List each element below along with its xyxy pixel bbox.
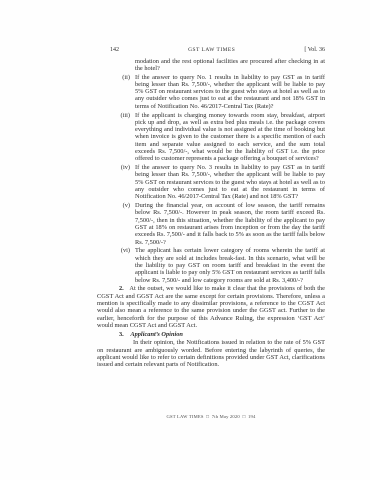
query-item-iii: (iii) If the applicant is charging money… <box>97 112 325 163</box>
query-text: If the applicant is charging money towar… <box>135 112 325 163</box>
query-text: If the answer to query No. 1 results in … <box>135 74 325 110</box>
footer-date: 7th May 2020 <box>212 414 240 419</box>
page-number: 142 <box>97 47 119 53</box>
section-3-number: 3. <box>119 331 124 338</box>
paragraph-2: 2. At the outset, we would like to make … <box>97 285 325 329</box>
query-label: (vi) <box>97 247 135 283</box>
page-footer: GST LAW TIMES□7th May 2020□194 <box>97 414 325 420</box>
paragraph-3: In their opinion, the Notifications issu… <box>97 339 325 368</box>
box-icon: □ <box>206 415 209 420</box>
footer-journal: GST LAW TIMES <box>166 414 203 419</box>
query-item-ii: (ii) If the answer to query No. 1 result… <box>97 74 325 110</box>
section-3-title: Applicant’s Opinion <box>130 331 183 338</box>
query-item-v: (v) During the financial year, on accoun… <box>97 202 325 246</box>
footer-page-seq: 194 <box>248 414 256 419</box>
section-3-heading: 3. Applicant’s Opinion <box>97 331 325 338</box>
box-icon: □ <box>242 415 245 420</box>
query-text: If the answer to query No. 3 results in … <box>135 164 325 200</box>
document-page: 142 GST LAW TIMES [ Vol. 36 modation and… <box>0 0 370 480</box>
query-label: (iii) <box>97 112 135 163</box>
volume-label: [ Vol. 36 <box>304 47 325 53</box>
page-header: 142 GST LAW TIMES [ Vol. 36 <box>97 47 325 53</box>
query-item-iv: (iv) If the answer to query No. 3 result… <box>97 164 325 200</box>
paragraph-2-number: 2. <box>119 285 124 292</box>
query-text: The applicant has certain lower category… <box>135 247 325 283</box>
query-label: (iv) <box>97 164 135 200</box>
query-item-vi: (vi) The applicant has certain lower cat… <box>97 247 325 283</box>
paragraph-2-text: At the outset, we would like to make it … <box>97 285 325 328</box>
query-label: (v) <box>97 202 135 246</box>
page-body: modation and the rest optional facilitie… <box>97 58 325 369</box>
intro-continuation-paragraph: modation and the rest optional facilitie… <box>135 58 325 73</box>
query-label: (ii) <box>97 74 135 110</box>
journal-title: GST LAW TIMES <box>188 47 235 53</box>
query-text: During the financial year, on account of… <box>135 202 325 246</box>
